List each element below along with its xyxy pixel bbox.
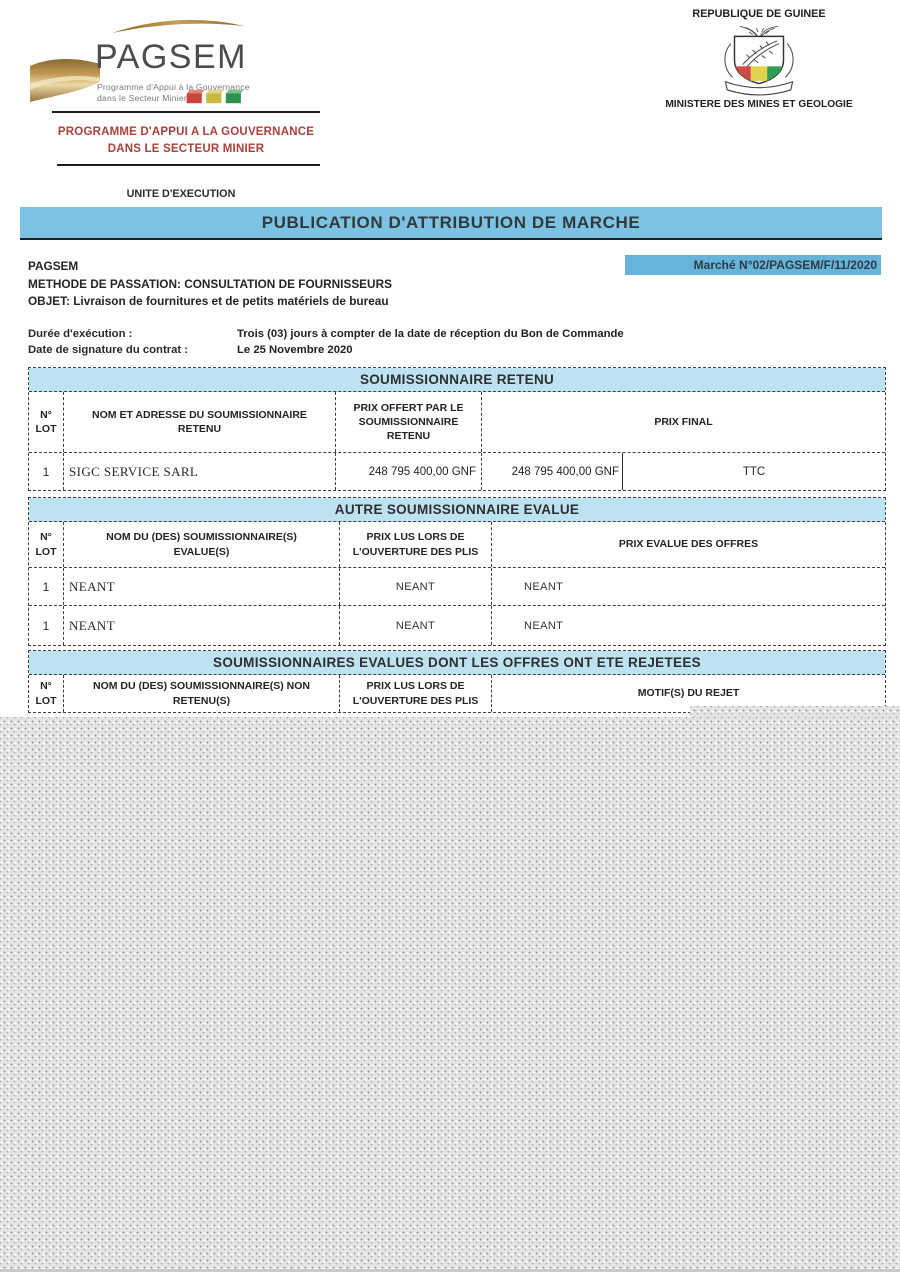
republic-label: REPUBLIQUE DE GUINEE	[650, 8, 868, 20]
header-cell-prix-lus: PRIX LUS LORS DE L'OUVERTURE DES PLIS	[339, 522, 491, 567]
gold-swoosh-arc-icon	[108, 17, 248, 35]
program-title-line2: DANS LE SECTEUR MINIER	[40, 143, 332, 155]
table-row: 1 SIGC SERVICE SARL 248 795 400,00 GNF 2…	[29, 452, 885, 490]
table-header-row: N° LOT NOM ET ADRESSE DU SOUMISSIONNAIRE…	[29, 392, 885, 452]
cell-nom: NEANT	[63, 568, 339, 605]
org-label: PAGSEM	[28, 259, 78, 273]
table-row: 1 NEANT NEANT NEANT	[29, 605, 885, 645]
cell-prix-lus: NEANT	[339, 568, 491, 605]
cell-prix-evalue: NEANT	[491, 568, 885, 605]
marche-reference-badge: Marché N°02/PAGSEM/F/11/2020	[625, 255, 881, 275]
methode-line: METHODE DE PASSATION: CONSULTATION DE FO…	[28, 277, 392, 291]
header-cell-prix-evalue: PRIX EVALUE DES OFFRES	[491, 522, 885, 567]
cell-prix-lus: NEANT	[339, 606, 491, 645]
tables-section: SOUMISSIONNAIRE RETENU N° LOT NOM ET ADR…	[28, 367, 886, 713]
table-banner: SOUMISSIONNAIRE RETENU	[29, 368, 885, 392]
cell-lot: 1	[29, 606, 63, 645]
government-header: REPUBLIQUE DE GUINEE	[650, 8, 868, 110]
program-title-line1: PROGRAMME D'APPUI A LA GOUVERNANCE	[40, 126, 332, 138]
cell-lot: 1	[29, 568, 63, 605]
gold-ribbon-icon	[28, 52, 102, 108]
table-autre-soumissionnaire-evalue: AUTRE SOUMISSIONNAIRE EVALUE N° LOT NOM …	[28, 497, 886, 646]
header-cell-lot: N° LOT	[29, 522, 63, 567]
logo-subtitle-line2: dans le Secteur Minier	[97, 93, 187, 103]
table-header-row: N° LOT NOM DU (DES) SOUMISSIONNAIRE(S) E…	[29, 522, 885, 567]
objet-line: OBJET: Livraison de fournitures et de pe…	[28, 294, 389, 308]
table-banner: AUTRE SOUMISSIONNAIRE EVALUE	[29, 498, 885, 522]
guinea-coat-of-arms-icon	[700, 23, 818, 97]
header-divider-top	[52, 111, 320, 113]
cell-prix-offert: 248 795 400,00 GNF	[335, 453, 481, 490]
header-cell-prix-offert: PRIX OFFERT PAR LE SOUMISSIONNAIRE RETEN…	[335, 392, 481, 452]
signature-value: Le 25 Novembre 2020	[237, 344, 353, 356]
header-cell-nom: NOM DU (DES) SOUMISSIONNAIRE(S) EVALUE(S…	[63, 522, 339, 567]
scan-texture	[0, 717, 900, 1272]
header-cell-nom: NOM ET ADRESSE DU SOUMISSIONNAIRE RETENU	[63, 392, 335, 452]
duree-label: Durée d'exécution :	[28, 328, 132, 340]
prix-final-amount: 248 795 400,00 GNF	[482, 453, 623, 490]
cell-prix-final: 248 795 400,00 GNF TTC	[481, 453, 885, 490]
cell-nom: SIGC SERVICE SARL	[63, 453, 335, 490]
header-cell-prix-final: PRIX FINAL	[481, 392, 885, 452]
ministry-label: MINISTERE DES MINES ET GEOLOGIE	[650, 99, 868, 110]
guinea-flag-blocks-icon	[186, 89, 246, 105]
cell-lot: 1	[29, 453, 63, 490]
table-soumissionnaire-retenu: SOUMISSIONNAIRE RETENU N° LOT NOM ET ADR…	[28, 367, 886, 491]
duree-value: Trois (03) jours à compter de la date de…	[237, 328, 624, 340]
header-divider-bottom	[57, 164, 320, 166]
cell-nom: NEANT	[63, 606, 339, 645]
execution-unit-label: UNITE D'EXECUTION	[40, 188, 322, 200]
publication-title-banner: PUBLICATION D'ATTRIBUTION DE MARCHE	[20, 207, 882, 240]
table-row: 1 NEANT NEANT NEANT	[29, 567, 885, 605]
signature-label: Date de signature du contrat :	[28, 344, 188, 356]
table-offres-rejetees: SOUMISSIONNAIRES EVALUES DONT LES OFFRES…	[28, 650, 886, 713]
header-cell-nom: NOM DU (DES) SOUMISSIONNAIRE(S) NON RETE…	[63, 675, 339, 712]
pagsem-wordmark: PAGSEM	[95, 38, 247, 77]
cell-prix-evalue: NEANT	[491, 606, 885, 645]
prix-final-ttc: TTC	[623, 466, 885, 478]
scanned-document-page: PAGSEM Programme d'Appui à la Gouvernanc…	[0, 0, 900, 1272]
header-cell-lot: N° LOT	[29, 675, 63, 712]
header-cell-lot: N° LOT	[29, 392, 63, 452]
header-cell-prix-lus: PRIX LUS LORS DE L'OUVERTURE DES PLIS	[339, 675, 491, 712]
table-banner: SOUMISSIONNAIRES EVALUES DONT LES OFFRES…	[29, 651, 885, 675]
